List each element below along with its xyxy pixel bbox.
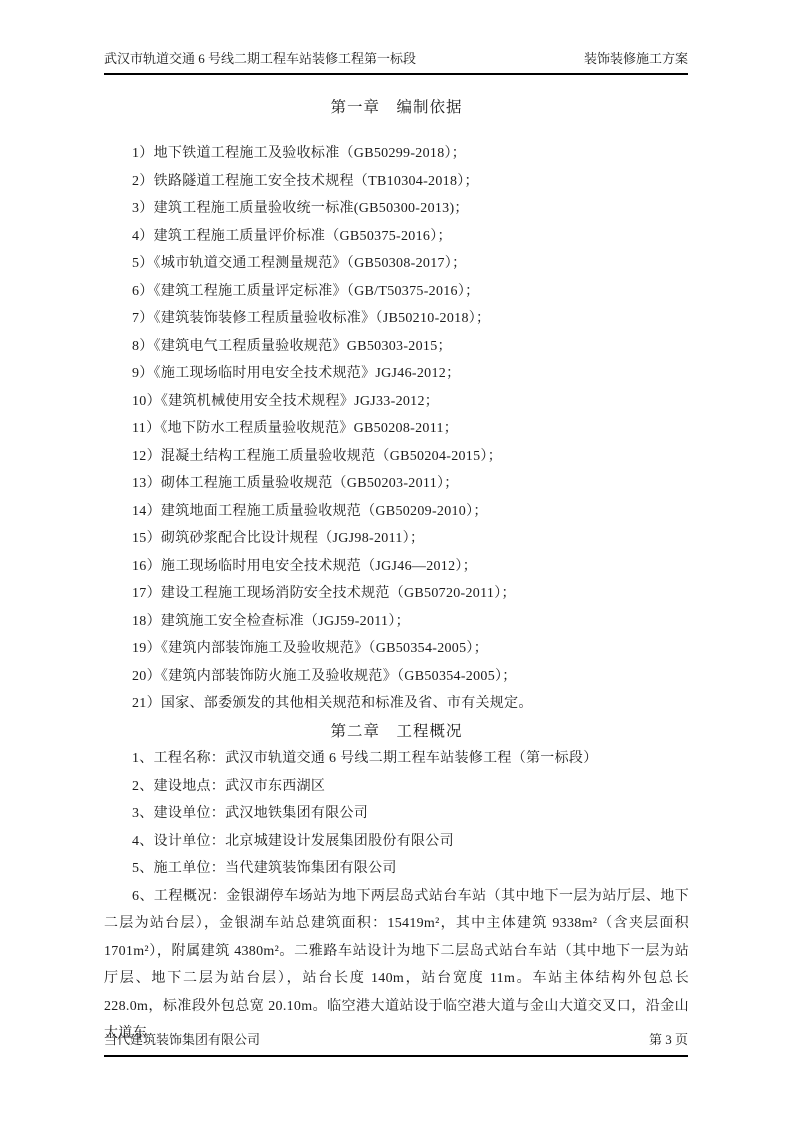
standard-item: 20）《建筑内部装饰防火施工及验收规范》（GB50354-2005）； [104,663,689,691]
standard-item: 1）地下铁道工程施工及验收标准（GB50299-2018）； [104,140,689,168]
header-rule [104,73,688,75]
standard-item: 3）建筑工程施工质量验收统一标准(GB50300-2013)； [104,195,689,223]
header-project-title: 武汉市轨道交通 6 号线二期工程车站装修工程第一标段 [104,51,416,67]
footer-page-number: 第 3 页 [649,1032,688,1048]
standard-item: 6）《建筑工程施工质量评定标准》（GB/T50375-2016）； [104,278,689,306]
chapter2-title: 第二章 工程概况 [104,718,689,746]
standard-item: 11）《地下防水工程质量验收规范》GB50208-2011； [104,415,689,443]
standard-item: 14）建筑地面工程施工质量验收规范（GB50209-2010）； [104,498,689,526]
document-page: 武汉市轨道交通 6 号线二期工程车站装修工程第一标段 装饰装修施工方案 第一章 … [0,0,793,1122]
project-info-item: 2、建设地点：武汉市东西湖区 [104,773,689,801]
project-info-item: 5、施工单位：当代建筑装饰集团有限公司 [104,855,689,883]
standard-item: 21）国家、部委颁发的其他相关规范和标准及省、市有关规定。 [104,690,689,718]
standard-item: 2）铁路隧道工程施工安全技术规程（TB10304-2018）； [104,168,689,196]
standard-item: 18）建筑施工安全检查标准（JGJ59-2011）； [104,608,689,636]
standard-item: 19）《建筑内部装饰施工及验收规范》（GB50354-2005）； [104,635,689,663]
standard-item: 16）施工现场临时用电安全技术规范（JGJ46—2012）； [104,553,689,581]
standard-item: 10）《建筑机械使用安全技术规程》JGJ33-2012； [104,388,689,416]
project-overview-paragraph: 6、工程概况：金银湖停车场站为地下两层岛式站台车站（其中地下一层为站厅层、地下二… [104,883,689,1048]
project-info-item: 4、设计单位：北京城建设计发展集团股份有限公司 [104,828,689,856]
standard-item: 15）砌筑砂浆配合比设计规程（JGJ98-2011）； [104,525,689,553]
standard-item: 9）《施工现场临时用电安全技术规范》JGJ46-2012； [104,360,689,388]
standard-item: 8）《建筑电气工程质量验收规范》GB50303-2015； [104,333,689,361]
standard-item: 17）建设工程施工现场消防安全技术规范（GB50720-2011）； [104,580,689,608]
standard-item: 13）砌体工程施工质量验收规范（GB50203-2011）； [104,470,689,498]
standard-item: 12）混凝土结构工程施工质量验收规范（GB50204-2015）； [104,443,689,471]
standard-item: 4）建筑工程施工质量评价标准（GB50375-2016）； [104,223,689,251]
page-header: 武汉市轨道交通 6 号线二期工程车站装修工程第一标段 装饰装修施工方案 [104,51,688,67]
chapter1-title: 第一章 编制依据 [0,97,793,119]
header-doc-type: 装饰装修施工方案 [584,51,688,67]
standard-item: 7）《建筑装饰装修工程质量验收标准》（JB50210-2018）； [104,305,689,333]
footer-company: 当代建筑装饰集团有限公司 [104,1032,260,1048]
project-info-item: 3、建设单位：武汉地铁集团有限公司 [104,800,689,828]
page-footer: 当代建筑装饰集团有限公司 第 3 页 [104,1032,688,1048]
footer-rule [104,1055,688,1057]
document-body: 1）地下铁道工程施工及验收标准（GB50299-2018）； 2）铁路隧道工程施… [104,140,689,1048]
standard-item: 5）《城市轨道交通工程测量规范》（GB50308-2017）； [104,250,689,278]
project-info-item: 1、工程名称：武汉市轨道交通 6 号线二期工程车站装修工程（第一标段） [104,745,689,773]
